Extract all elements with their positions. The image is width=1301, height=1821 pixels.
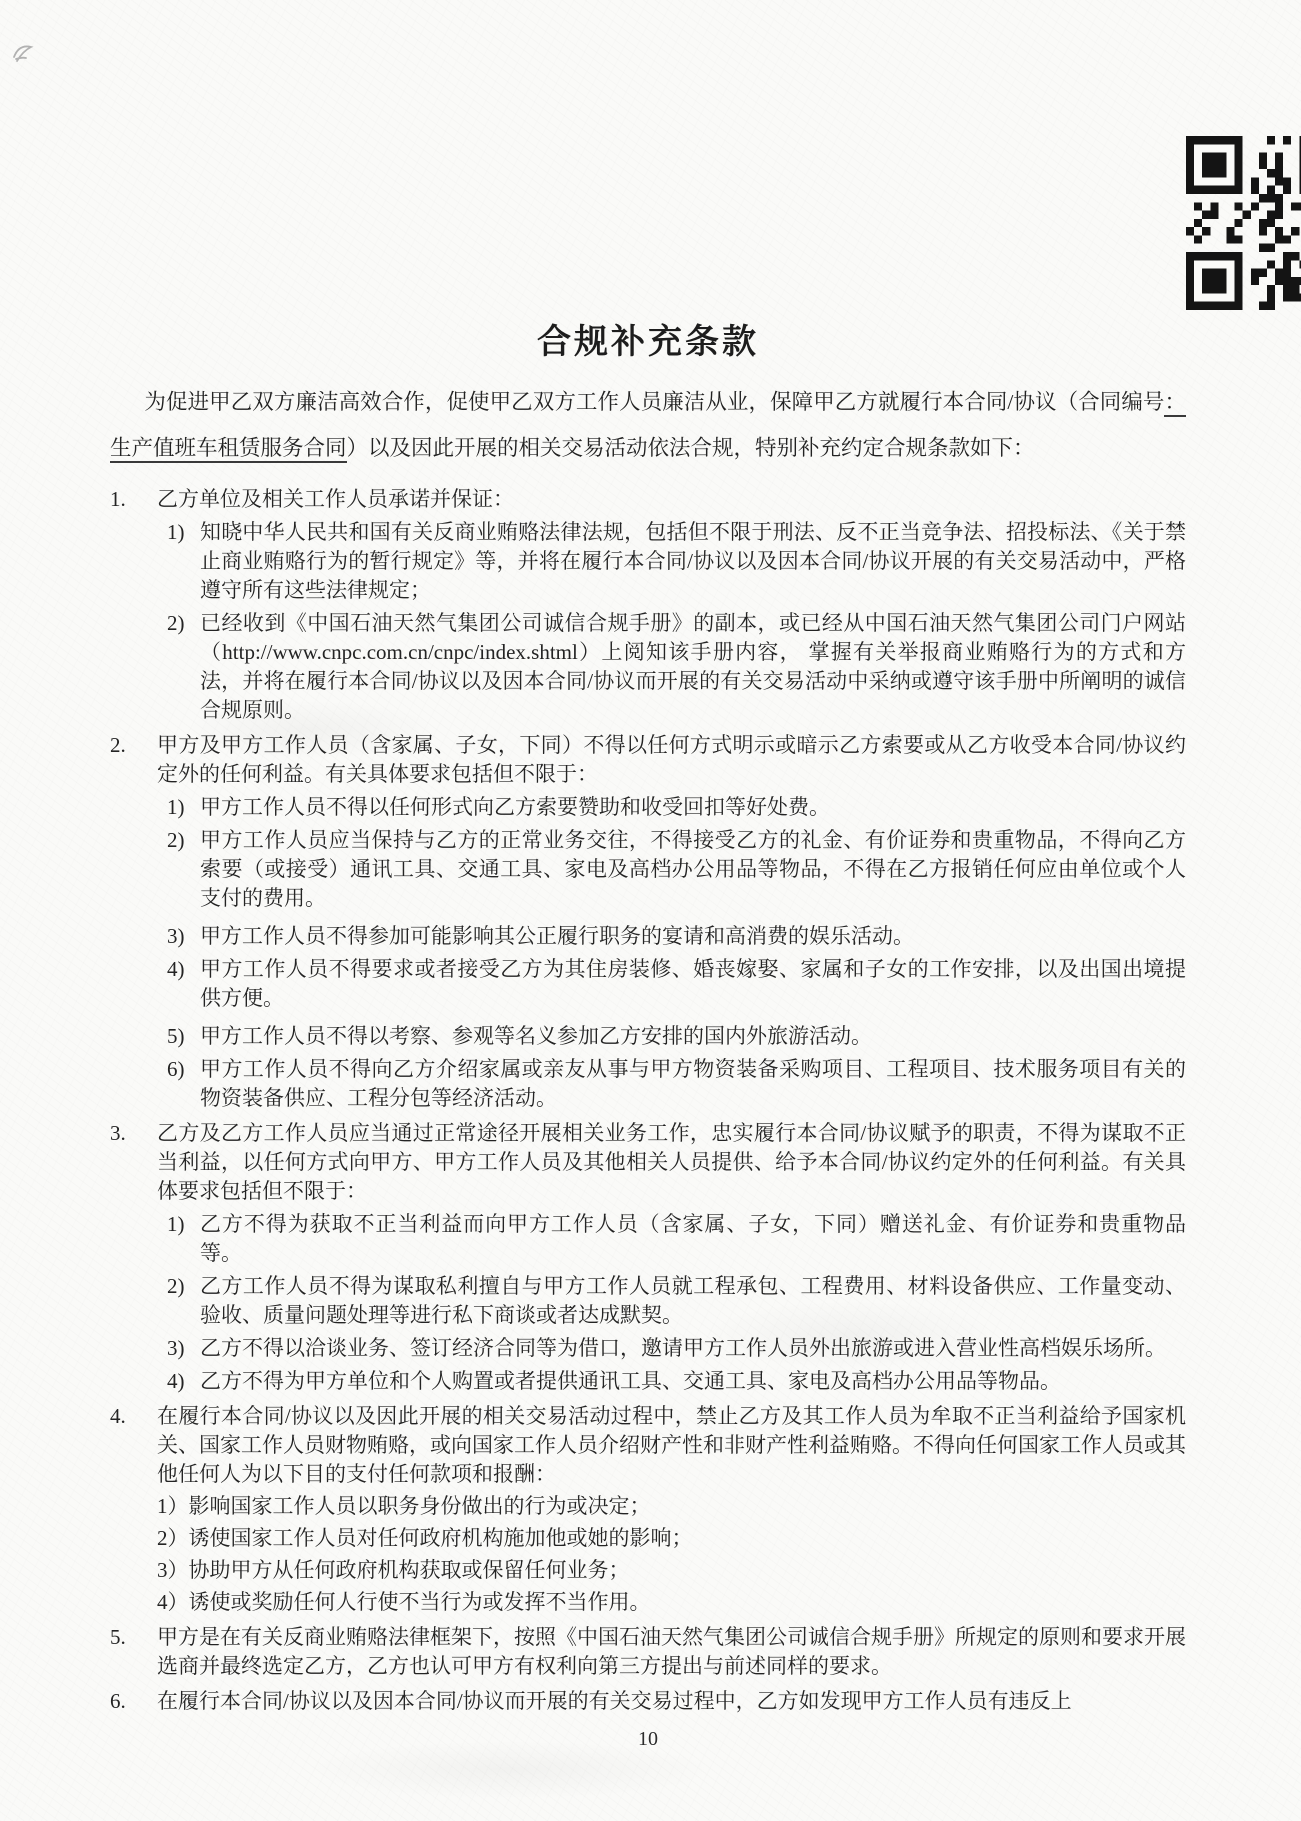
item-text: 甲方工作人员不得参加可能影响其公正履行职务的宴请和高消费的娱乐活动。 bbox=[200, 922, 1186, 951]
item-text: 乙方不得为甲方单位和个人购置或者提供通讯工具、交通工具、家电及高档办公用品等物品… bbox=[200, 1367, 1186, 1396]
clause-5: 5. 甲方是在有关反商业贿赂法律框架下，按照《中国石油天然气集团公司诚信合规手册… bbox=[110, 1623, 1186, 1681]
item-number: 4) bbox=[167, 955, 200, 1013]
clause-number: 2. bbox=[110, 731, 157, 789]
pen-mark-icon bbox=[10, 40, 40, 70]
page-number: 10 bbox=[110, 1728, 1186, 1751]
clause-3-item-3: 3) 乙方不得以洽谈业务、签订经济合同等为借口，邀请甲方工作人员外出旅游或进入营… bbox=[110, 1334, 1186, 1363]
item-number: 3) bbox=[167, 922, 200, 951]
intro-paragraph: 为促进甲乙双方廉洁高效合作，促使甲乙双方工作人员廉洁从业，保障甲乙方就履行本合同… bbox=[110, 379, 1186, 471]
clause-number: 4. bbox=[110, 1402, 157, 1617]
page-title: 合规补充条款 bbox=[110, 314, 1186, 363]
item-text: 甲方工作人员应当保持与乙方的正常业务交往，不得接受乙方的礼金、有价证券和贵重物品… bbox=[200, 826, 1186, 913]
item-text: 知晓中华人民共和国有关反商业贿赂法律法规，包括但不限于刑法、反不正当竞争法、招投… bbox=[200, 518, 1186, 605]
clause-2: 2. 甲方及甲方工作人员（含家属、子女，下同）不得以任何方式明示或暗示乙方索要或… bbox=[110, 731, 1186, 789]
clause-number: 3. bbox=[110, 1119, 157, 1206]
clause-number: 6. bbox=[110, 1687, 157, 1716]
item-number: 2) bbox=[167, 826, 200, 913]
item-number: 1) bbox=[167, 1210, 200, 1268]
item-number: 4) bbox=[167, 1367, 200, 1396]
clause-number: 1. bbox=[110, 485, 157, 514]
item-text: 乙方工作人员不得为谋取私利擅自与甲方工作人员就工程承包、工程费用、材料设备供应、… bbox=[200, 1272, 1186, 1330]
clause-text: 乙方单位及相关工作人员承诺并保证： bbox=[157, 485, 1186, 514]
item-text: 甲方工作人员不得要求或者接受乙方为其住房装修、婚丧嫁娶、家属和子女的工作安排，以… bbox=[200, 955, 1186, 1013]
clause-text: 甲方及甲方工作人员（含家属、子女，下同）不得以任何方式明示或暗示乙方索要或从乙方… bbox=[157, 731, 1186, 789]
item-number: 1) bbox=[167, 793, 200, 822]
clause-3-item-1: 1) 乙方不得为获取不正当利益而向甲方工作人员（含家属、子女，下同）赠送礼金、有… bbox=[110, 1210, 1186, 1268]
item-text: 乙方不得以洽谈业务、签订经济合同等为借口，邀请甲方工作人员外出旅游或进入营业性高… bbox=[200, 1334, 1186, 1363]
page-content: 合规补充条款 为促进甲乙双方廉洁高效合作，促使甲乙双方工作人员廉洁从业，保障甲乙… bbox=[110, 314, 1186, 1751]
item-text: 已经收到《中国石油天然气集团公司诚信合规手册》的副本，或已经从中国石油天然气集团… bbox=[200, 609, 1186, 725]
clause-number: 5. bbox=[110, 1623, 157, 1681]
clause-text: 在履行本合同/协议以及因本合同/协议而开展的有关交易过程中，乙方如发现甲方工作人… bbox=[157, 1687, 1186, 1716]
clause-2-item-4: 4) 甲方工作人员不得要求或者接受乙方为其住房装修、婚丧嫁娶、家属和子女的工作安… bbox=[110, 955, 1186, 1013]
clause-1-item-2: 2) 已经收到《中国石油天然气集团公司诚信合规手册》的副本，或已经从中国石油天然… bbox=[110, 609, 1186, 725]
intro-text-before: 为促进甲乙双方廉洁高效合作，促使甲乙双方工作人员廉洁从业，保障甲乙方就履行本合同… bbox=[144, 390, 1164, 414]
clauses-list: 1. 乙方单位及相关工作人员承诺并保证： 1) 知晓中华人民共和国有关反商业贿赂… bbox=[110, 485, 1186, 1716]
qr-code-icon bbox=[1186, 136, 1301, 310]
clause-2-item-1: 1) 甲方工作人员不得以任何形式向乙方索要赞助和收受回扣等好处费。 bbox=[110, 793, 1186, 822]
clause-2-item-2: 2) 甲方工作人员应当保持与乙方的正常业务交往，不得接受乙方的礼金、有价证券和贵… bbox=[110, 826, 1186, 913]
clause-2-item-6: 6) 甲方工作人员不得向乙方介绍家属或亲友从事与甲方物资装备采购项目、工程项目、… bbox=[110, 1055, 1186, 1113]
clause-4-subpoint-4: 4）诱使或奖励任何人行使不当行为或发挥不当作用。 bbox=[157, 1588, 1186, 1617]
item-number: 3) bbox=[167, 1334, 200, 1363]
clause-2-item-3: 3) 甲方工作人员不得参加可能影响其公正履行职务的宴请和高消费的娱乐活动。 bbox=[110, 922, 1186, 951]
item-number: 6) bbox=[167, 1055, 200, 1113]
clause-1-item-1: 1) 知晓中华人民共和国有关反商业贿赂法律法规，包括但不限于刑法、反不正当竞争法… bbox=[110, 518, 1186, 605]
item-text: 甲方工作人员不得以考察、参观等名义参加乙方安排的国内外旅游活动。 bbox=[200, 1022, 1186, 1051]
item-number: 5) bbox=[167, 1022, 200, 1051]
clause-4-subpoint-2: 2）诱使国家工作人员对任何政府机构施加他或她的影响； bbox=[157, 1524, 1186, 1553]
clause-2-item-5: 5) 甲方工作人员不得以考察、参观等名义参加乙方安排的国内外旅游活动。 bbox=[110, 1022, 1186, 1051]
item-number: 1) bbox=[167, 518, 200, 605]
intro-text-after: ）以及因此开展的相关交易活动依法合规，特别补充约定合规条款如下： bbox=[347, 436, 1035, 460]
clause-4-subpoint-3: 3）协助甲方从任何政府机构获取或保留任何业务； bbox=[157, 1556, 1186, 1585]
clause-4-subpoint-1: 1）影响国家工作人员以职务身份做出的行为或决定； bbox=[157, 1492, 1186, 1521]
clause-1: 1. 乙方单位及相关工作人员承诺并保证： bbox=[110, 485, 1186, 514]
clause-3-item-4: 4) 乙方不得为甲方单位和个人购置或者提供通讯工具、交通工具、家电及高档办公用品… bbox=[110, 1367, 1186, 1396]
clause-4: 4. 在履行本合同/协议以及因此开展的相关交易活动过程中，禁止乙方及其工作人员为… bbox=[110, 1402, 1186, 1617]
clause-text: 在履行本合同/协议以及因此开展的相关交易活动过程中，禁止乙方及其工作人员为牟取不… bbox=[157, 1402, 1186, 1489]
clause-3: 3. 乙方及乙方工作人员应当通过正常途径开展相关业务工作，忠实履行本合同/协议赋… bbox=[110, 1119, 1186, 1206]
item-text: 乙方不得为获取不正当利益而向甲方工作人员（含家属、子女，下同）赠送礼金、有价证券… bbox=[200, 1210, 1186, 1268]
scanned-contract-page: 合规补充条款 为促进甲乙双方廉洁高效合作，促使甲乙双方工作人员廉洁从业，保障甲乙… bbox=[0, 0, 1301, 1821]
clause-6: 6. 在履行本合同/协议以及因本合同/协议而开展的有关交易过程中，乙方如发现甲方… bbox=[110, 1687, 1186, 1716]
item-number: 2) bbox=[167, 609, 200, 725]
clause-text: 乙方及乙方工作人员应当通过正常途径开展相关业务工作，忠实履行本合同/协议赋予的职… bbox=[157, 1119, 1186, 1206]
item-text: 甲方工作人员不得以任何形式向乙方索要赞助和收受回扣等好处费。 bbox=[200, 793, 1186, 822]
clause-text: 甲方是在有关反商业贿赂法律框架下，按照《中国石油天然气集团公司诚信合规手册》所规… bbox=[157, 1623, 1186, 1681]
clause-3-item-2: 2) 乙方工作人员不得为谋取私利擅自与甲方工作人员就工程承包、工程费用、材料设备… bbox=[110, 1272, 1186, 1330]
item-text: 甲方工作人员不得向乙方介绍家属或亲友从事与甲方物资装备采购项目、工程项目、技术服… bbox=[200, 1055, 1186, 1113]
item-number: 2) bbox=[167, 1272, 200, 1330]
